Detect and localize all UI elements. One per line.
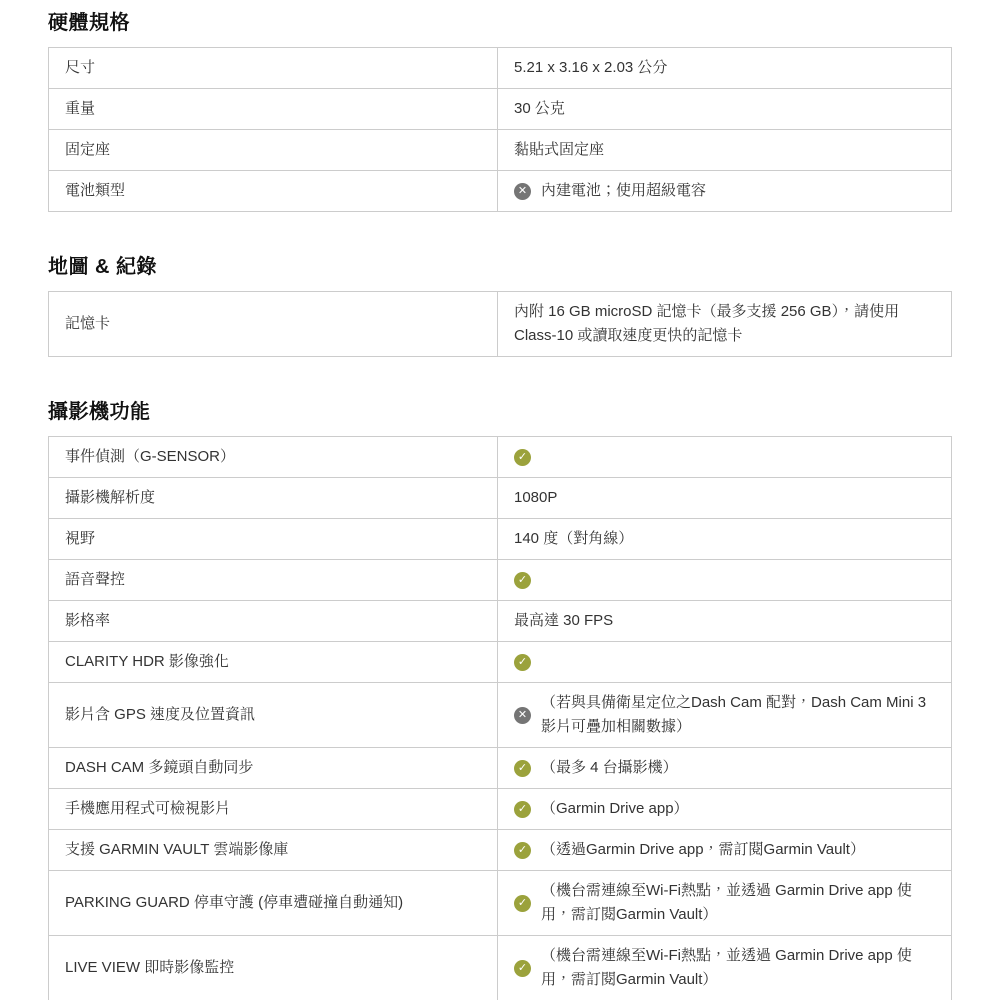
spec-label: 影片含 GPS 速度及位置資訊 [49, 683, 498, 748]
spec-label: PARKING GUARD 停車守護 (停車遭碰撞自動通知) [49, 871, 498, 936]
spec-page: 硬體規格 尺寸5.21 x 3.16 x 2.03 公分重量30 公克固定座黏貼… [0, 0, 1000, 1000]
check-icon: ✓ [514, 895, 531, 912]
spec-label: 影格率 [49, 601, 498, 642]
spec-row: 支援 GARMIN VAULT 雲端影像庫✓（透過Garmin Drive ap… [49, 830, 952, 871]
spec-label: 視野 [49, 519, 498, 560]
spec-label: 手機應用程式可檢視影片 [49, 789, 498, 830]
spec-value: ✕（若與具備衛星定位之Dash Cam 配對，Dash Cam Mini 3影片… [498, 683, 952, 748]
spec-value-content: ✓ [514, 572, 936, 589]
spec-label: 固定座 [49, 130, 498, 171]
spec-row: DASH CAM 多鏡頭自動同步✓（最多 4 台攝影機） [49, 748, 952, 789]
spec-value-content: ✓（機台需連線至Wi-Fi熱點，並透過 Garmin Drive app 使用，… [514, 879, 936, 927]
spec-value-content: ✓（透過Garmin Drive app，需訂閱Garmin Vault） [514, 838, 936, 862]
spec-value: 1080P [498, 478, 952, 519]
check-icon: ✓ [514, 449, 531, 466]
spec-value-content: 黏貼式固定座 [514, 138, 936, 162]
spec-value-text: 1080P [514, 486, 557, 510]
check-icon: ✓ [514, 572, 531, 589]
spec-value-text: 140 度（對角線） [514, 527, 633, 551]
spec-table: 事件偵測（G-SENSOR）✓攝影機解析度1080P視野140 度（對角線）語音… [48, 436, 952, 1000]
section-title: 地圖 & 紀錄 [48, 250, 952, 279]
check-icon: ✓ [514, 842, 531, 859]
spec-value: ✓（最多 4 台攝影機） [498, 748, 952, 789]
spec-value-text: 內建電池；使用超級電容 [541, 179, 706, 203]
spec-row: CLARITY HDR 影像強化✓ [49, 642, 952, 683]
spec-value-content: 最高達 30 FPS [514, 609, 936, 633]
spec-row: 手機應用程式可檢視影片✓（Garmin Drive app） [49, 789, 952, 830]
spec-row: 重量30 公克 [49, 89, 952, 130]
check-icon: ✓ [514, 654, 531, 671]
spec-value-text: 30 公克 [514, 97, 565, 121]
spec-label: 重量 [49, 89, 498, 130]
section-hardware: 硬體規格 尺寸5.21 x 3.16 x 2.03 公分重量30 公克固定座黏貼… [48, 6, 952, 212]
spec-value-text: 5.21 x 3.16 x 2.03 公分 [514, 56, 667, 80]
check-icon: ✓ [514, 801, 531, 818]
spec-value: 5.21 x 3.16 x 2.03 公分 [498, 48, 952, 89]
spec-value-text: （機台需連線至Wi-Fi熱點，並透過 Garmin Drive app 使用，需… [541, 879, 936, 927]
spec-label: 支援 GARMIN VAULT 雲端影像庫 [49, 830, 498, 871]
spec-row: 語音聲控✓ [49, 560, 952, 601]
spec-value: ✓ [498, 642, 952, 683]
spec-value: ✓ [498, 437, 952, 478]
spec-value-content: 140 度（對角線） [514, 527, 936, 551]
spec-row: PARKING GUARD 停車守護 (停車遭碰撞自動通知)✓（機台需連線至Wi… [49, 871, 952, 936]
spec-value: ✓（透過Garmin Drive app，需訂閱Garmin Vault） [498, 830, 952, 871]
spec-value-text: （若與具備衛星定位之Dash Cam 配對，Dash Cam Mini 3影片可… [541, 691, 936, 739]
spec-label: LIVE VIEW 即時影像監控 [49, 936, 498, 1000]
spec-value: ✓（Garmin Drive app） [498, 789, 952, 830]
spec-value-text: （Garmin Drive app） [541, 797, 689, 821]
spec-value: ✓ [498, 560, 952, 601]
cross-icon: ✕ [514, 707, 531, 724]
spec-value-content: ✓（最多 4 台攝影機） [514, 756, 936, 780]
spec-row: 尺寸5.21 x 3.16 x 2.03 公分 [49, 48, 952, 89]
spec-row: 電池類型✕內建電池；使用超級電容 [49, 171, 952, 212]
spec-value: 內附 16 GB microSD 記憶卡（最多支援 256 GB），請使用 Cl… [498, 292, 952, 357]
spec-label: 電池類型 [49, 171, 498, 212]
spec-value-content: ✕內建電池；使用超級電容 [514, 179, 936, 203]
spec-value-content: 內附 16 GB microSD 記憶卡（最多支援 256 GB），請使用 Cl… [514, 300, 936, 348]
section-title: 攝影機功能 [48, 395, 952, 424]
spec-value: 140 度（對角線） [498, 519, 952, 560]
spec-row: 影片含 GPS 速度及位置資訊✕（若與具備衛星定位之Dash Cam 配對，Da… [49, 683, 952, 748]
spec-label: 攝影機解析度 [49, 478, 498, 519]
check-icon: ✓ [514, 960, 531, 977]
spec-row: 視野140 度（對角線） [49, 519, 952, 560]
spec-row: 記憶卡內附 16 GB microSD 記憶卡（最多支援 256 GB），請使用… [49, 292, 952, 357]
spec-row: LIVE VIEW 即時影像監控✓（機台需連線至Wi-Fi熱點，並透過 Garm… [49, 936, 952, 1000]
spec-value-content: ✓ [514, 654, 936, 671]
spec-label: DASH CAM 多鏡頭自動同步 [49, 748, 498, 789]
spec-value-content: ✓（Garmin Drive app） [514, 797, 936, 821]
spec-value-content: 5.21 x 3.16 x 2.03 公分 [514, 56, 936, 80]
spec-value: 黏貼式固定座 [498, 130, 952, 171]
spec-label: CLARITY HDR 影像強化 [49, 642, 498, 683]
spec-value: ✕內建電池；使用超級電容 [498, 171, 952, 212]
spec-value-text: （最多 4 台攝影機） [541, 756, 678, 780]
spec-value-text: 最高達 30 FPS [514, 609, 613, 633]
spec-value: ✓（機台需連線至Wi-Fi熱點，並透過 Garmin Drive app 使用，… [498, 936, 952, 1000]
spec-label: 語音聲控 [49, 560, 498, 601]
spec-value-text: （機台需連線至Wi-Fi熱點，並透過 Garmin Drive app 使用，需… [541, 944, 936, 992]
spec-value-text: 內附 16 GB microSD 記憶卡（最多支援 256 GB），請使用 Cl… [514, 300, 936, 348]
spec-value: 最高達 30 FPS [498, 601, 952, 642]
spec-value-content: 1080P [514, 486, 936, 510]
spec-table: 記憶卡內附 16 GB microSD 記憶卡（最多支援 256 GB），請使用… [48, 291, 952, 357]
spec-value-text: 黏貼式固定座 [514, 138, 604, 162]
spec-value-content: 30 公克 [514, 97, 936, 121]
spec-row: 攝影機解析度1080P [49, 478, 952, 519]
spec-row: 影格率最高達 30 FPS [49, 601, 952, 642]
section-maps-recording: 地圖 & 紀錄 記憶卡內附 16 GB microSD 記憶卡（最多支援 256… [48, 250, 952, 357]
spec-value-content: ✕（若與具備衛星定位之Dash Cam 配對，Dash Cam Mini 3影片… [514, 691, 936, 739]
section-camera-features: 攝影機功能 事件偵測（G-SENSOR）✓攝影機解析度1080P視野140 度（… [48, 395, 952, 1000]
check-icon: ✓ [514, 760, 531, 777]
spec-label: 事件偵測（G-SENSOR） [49, 437, 498, 478]
spec-table: 尺寸5.21 x 3.16 x 2.03 公分重量30 公克固定座黏貼式固定座電… [48, 47, 952, 212]
spec-row: 固定座黏貼式固定座 [49, 130, 952, 171]
section-title: 硬體規格 [48, 6, 952, 35]
spec-value-content: ✓（機台需連線至Wi-Fi熱點，並透過 Garmin Drive app 使用，… [514, 944, 936, 992]
spec-value-content: ✓ [514, 449, 936, 466]
spec-label: 記憶卡 [49, 292, 498, 357]
spec-value: ✓（機台需連線至Wi-Fi熱點，並透過 Garmin Drive app 使用，… [498, 871, 952, 936]
spec-value: 30 公克 [498, 89, 952, 130]
spec-value-text: （透過Garmin Drive app，需訂閱Garmin Vault） [541, 838, 865, 862]
spec-label: 尺寸 [49, 48, 498, 89]
cross-icon: ✕ [514, 183, 531, 200]
spec-row: 事件偵測（G-SENSOR）✓ [49, 437, 952, 478]
